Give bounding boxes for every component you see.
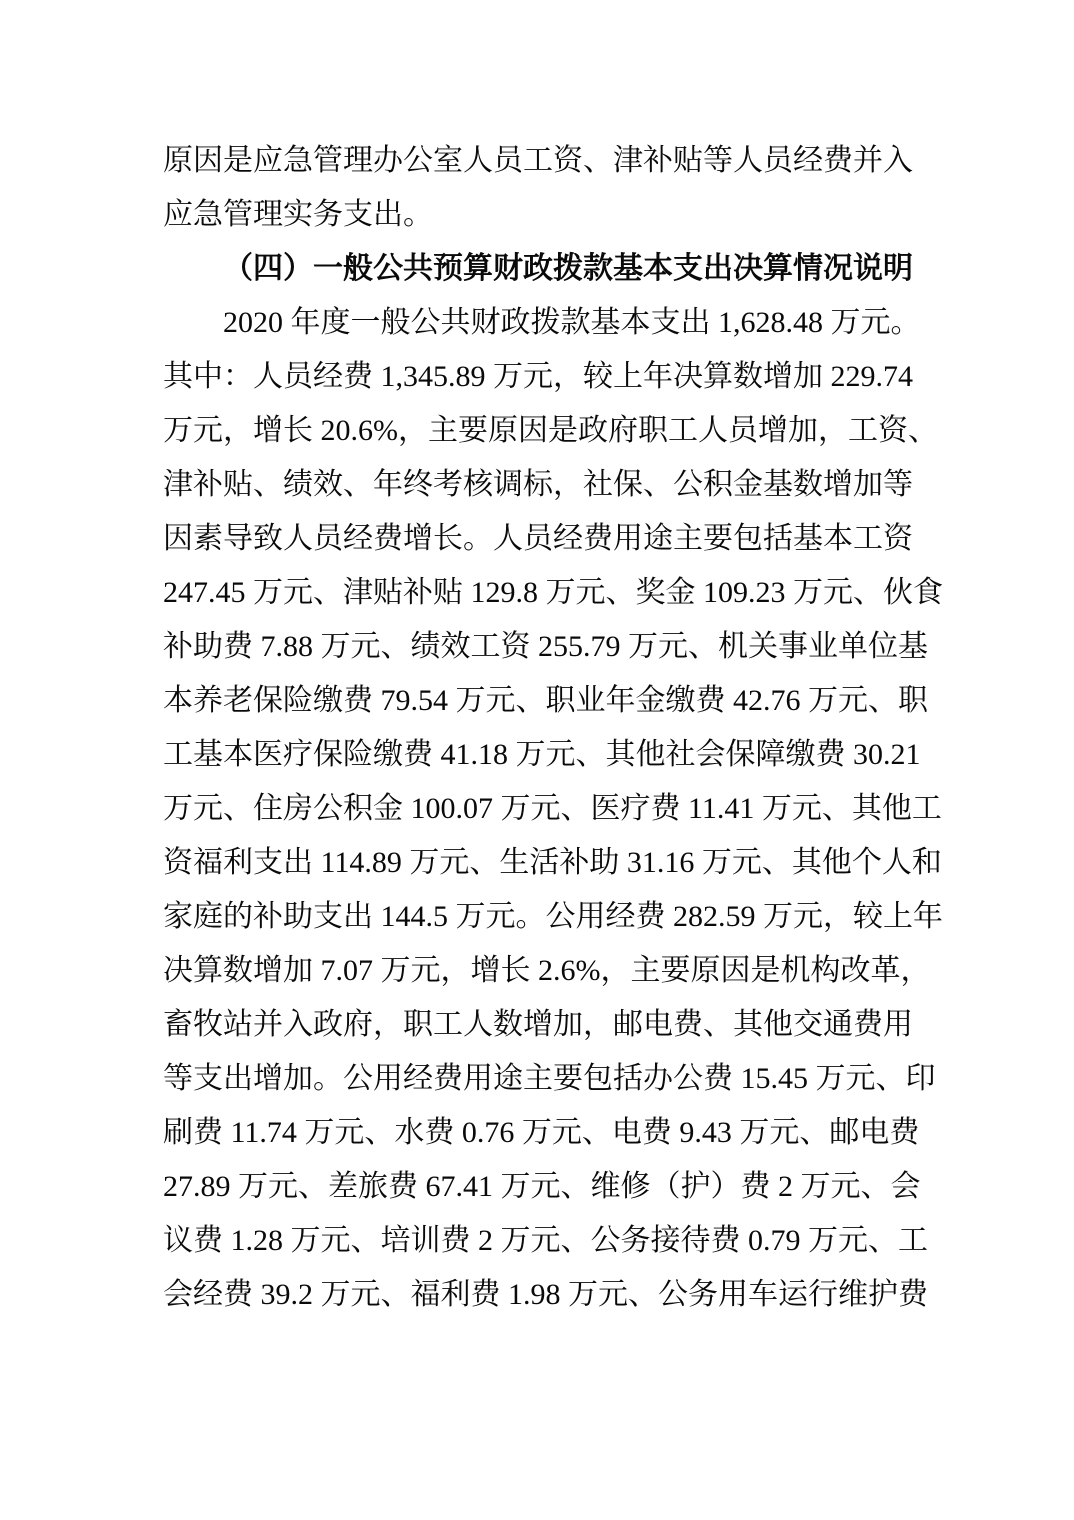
document-body: { "page": { "background_color": "#ffffff…	[0, 0, 1074, 1520]
document-page: 原因是应急管理办公室人员工资、津补贴等人员经费并入 应急管理实务支出。 （四）一…	[0, 0, 1074, 1520]
text-line: 决算数增加 7.07 万元，增长 2.6%，主要原因是机构改革，	[163, 944, 912, 998]
text-line: 本养老保险缴费 79.54 万元、职业年金缴费 42.76 万元、职	[163, 674, 912, 728]
text-line: 议费 1.28 万元、培训费 2 万元、公务接待费 0.79 万元、工	[163, 1214, 912, 1268]
text-line: 畜牧站并入政府，职工人数增加，邮电费、其他交通费用	[163, 998, 912, 1052]
text-block: 原因是应急管理办公室人员工资、津补贴等人员经费并入 应急管理实务支出。 （四）一…	[163, 134, 912, 1322]
paragraph-end-line: 应急管理实务支出。	[163, 188, 912, 242]
text-line: 刷费 11.74 万元、水费 0.76 万元、电费 9.43 万元、邮电费	[163, 1106, 912, 1160]
text-line: 补助费 7.88 万元、绩效工资 255.79 万元、机关事业单位基	[163, 620, 912, 674]
text-line: 万元、住房公积金 100.07 万元、医疗费 11.41 万元、其他工	[163, 782, 912, 836]
text-line: 资福利支出 114.89 万元、生活补助 31.16 万元、其他个人和	[163, 836, 912, 890]
text-line: 工基本医疗保险缴费 41.18 万元、其他社会保障缴费 30.21	[163, 728, 912, 782]
section-heading: （四）一般公共预算财政拨款基本支出决算情况说明	[163, 242, 912, 296]
text-line: 247.45 万元、津贴补贴 129.8 万元、奖金 109.23 万元、伙食	[163, 566, 912, 620]
text-line: 原因是应急管理办公室人员工资、津补贴等人员经费并入	[163, 134, 912, 188]
paragraph-first-line: 2020 年度一般公共财政拨款基本支出 1,628.48 万元。	[163, 296, 912, 350]
text-line: 27.89 万元、差旅费 67.41 万元、维修（护）费 2 万元、会	[163, 1160, 912, 1214]
text-line: 家庭的补助支出 144.5 万元。公用经费 282.59 万元，较上年	[163, 890, 912, 944]
text-line: 津补贴、绩效、年终考核调标，社保、公积金基数增加等	[163, 458, 912, 512]
text-line: 等支出增加。公用经费用途主要包括办公费 15.45 万元、印	[163, 1052, 912, 1106]
text-line: 其中：人员经费 1,345.89 万元，较上年决算数增加 229.74	[163, 350, 912, 404]
text-line: 万元，增长 20.6%，主要原因是政府职工人员增加，工资、	[163, 404, 912, 458]
text-line: 因素导致人员经费增长。人员经费用途主要包括基本工资	[163, 512, 912, 566]
text-line: 会经费 39.2 万元、福利费 1.98 万元、公务用车运行维护费	[163, 1268, 912, 1322]
